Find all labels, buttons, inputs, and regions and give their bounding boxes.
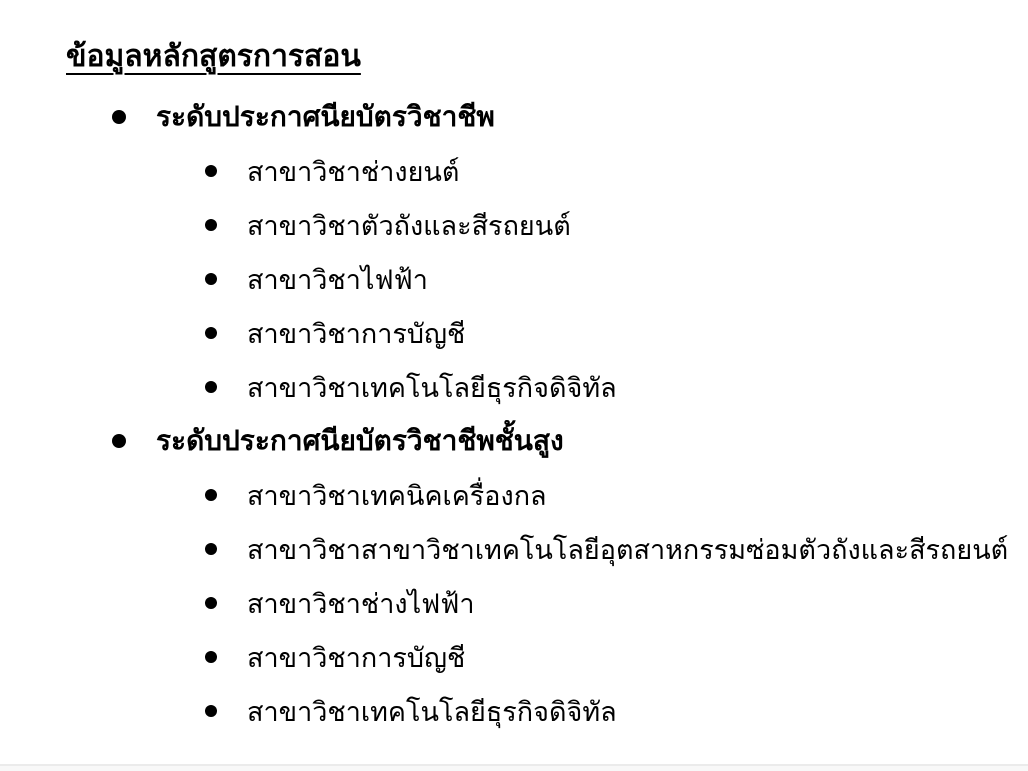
bullet-icon: [205, 597, 217, 609]
list-item-level2: สาขาวิชาไฟฟ้า: [0, 252, 1028, 306]
list-item-level2: สาขาวิชาช่างไฟฟ้า: [0, 576, 1028, 630]
bullet-icon: [205, 489, 217, 501]
list-item-label: สาขาวิชาเทคโนโลยีธุรกิจดิจิทัล: [247, 366, 617, 409]
document-page: ข้อมูลหลักสูตรการสอน ระดับประกาศนียบัตรว…: [0, 0, 1028, 771]
list-item-label: สาขาวิชาเทคโนโลยีธุรกิจดิจิทัล: [247, 690, 617, 733]
list-item-level1-section-1: ระดับประกาศนียบัตรวิชาชีพ: [0, 90, 1028, 144]
list-item-level2: สาขาวิชาเทคโนโลยีธุรกิจดิจิทัล: [0, 360, 1028, 414]
page-title: ข้อมูลหลักสูตรการสอน: [66, 36, 361, 78]
list-item-label: สาขาวิชาเทคนิคเครื่องกล: [247, 474, 547, 517]
bullet-icon: [205, 165, 217, 177]
list-item-level2: สาขาวิชาการบัญชี: [0, 306, 1028, 360]
list-item-label: สาขาวิชาการบัญชี: [247, 636, 465, 679]
list-item-label: สาขาวิชาช่างไฟฟ้า: [247, 582, 475, 625]
bullet-icon: [205, 705, 217, 717]
list-item-level2: สาขาวิชาสาขาวิชาเทคโนโลยีอุตสาหกรรมซ่อมต…: [0, 522, 1028, 576]
bullet-icon: [205, 219, 217, 231]
page-bottom-edge: [0, 764, 1028, 771]
section-label: ระดับประกาศนียบัตรวิชาชีพ: [156, 95, 495, 139]
list-item-level2: สาขาวิชาช่างยนต์: [0, 144, 1028, 198]
bullet-icon: [205, 327, 217, 339]
list-item-label: สาขาวิชาสาขาวิชาเทคโนโลยีอุตสาหกรรมซ่อมต…: [247, 528, 1008, 571]
bullet-icon: [112, 110, 126, 124]
bullet-icon: [205, 273, 217, 285]
course-list: ระดับประกาศนียบัตรวิชาชีพ สาขาวิชาช่างยน…: [0, 90, 1028, 738]
list-item-label: สาขาวิชาการบัญชี: [247, 312, 465, 355]
list-item-level2: สาขาวิชาเทคนิคเครื่องกล: [0, 468, 1028, 522]
bullet-icon: [205, 381, 217, 393]
section-label: ระดับประกาศนียบัตรวิชาชีพชั้นสูง: [156, 419, 564, 463]
list-item-label: สาขาวิชาตัวถังและสีรถยนต์: [247, 204, 571, 247]
bullet-icon: [205, 651, 217, 663]
list-item-label: สาขาวิชาช่างยนต์: [247, 150, 459, 193]
list-item-level2: สาขาวิชาการบัญชี: [0, 630, 1028, 684]
bullet-icon: [205, 543, 217, 555]
list-item-label: สาขาวิชาไฟฟ้า: [247, 258, 428, 301]
list-item-level2: สาขาวิชาเทคโนโลยีธุรกิจดิจิทัล: [0, 684, 1028, 738]
list-item-level2: สาขาวิชาตัวถังและสีรถยนต์: [0, 198, 1028, 252]
list-item-level1-section-2: ระดับประกาศนียบัตรวิชาชีพชั้นสูง: [0, 414, 1028, 468]
bullet-icon: [112, 434, 126, 448]
